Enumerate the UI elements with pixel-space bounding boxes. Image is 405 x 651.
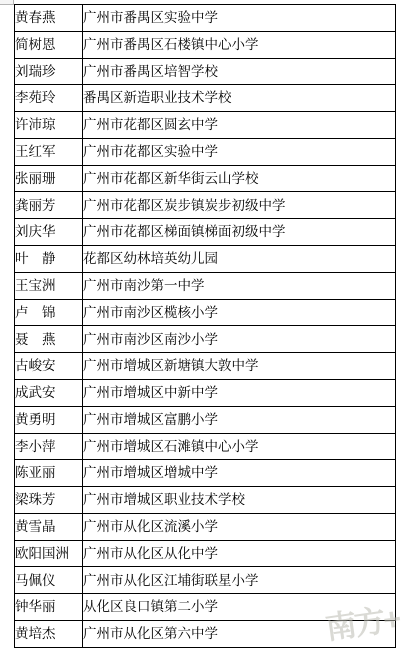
table-row: 成武安 广州市增城区中新中学 <box>15 379 396 406</box>
table-row: 陈亚丽 广州市增城区增城中学 <box>15 460 396 487</box>
school-cell: 广州市增城区中新中学 <box>83 379 396 406</box>
name-cell: 李小萍 <box>15 433 83 460</box>
table-row: 刘庆华 广州市花都区梯面镇梯面初级中学 <box>15 219 396 246</box>
name-cell: 钟华丽 <box>15 594 83 621</box>
name-cell: 马佩仪 <box>15 567 83 594</box>
name-cell: 王宝洲 <box>15 272 83 299</box>
table-row: 黄培杰 广州市从化区第六中学 <box>15 620 396 647</box>
school-cell: 广州市番禺区实验中学 <box>83 5 396 32</box>
school-cell: 花都区幼林培英幼儿园 <box>83 246 396 273</box>
school-cell: 广州市南沙第一中学 <box>83 272 396 299</box>
school-cell: 广州市花都区炭步镇炭步初级中学 <box>83 192 396 219</box>
school-cell: 广州市从化区流溪小学 <box>83 513 396 540</box>
school-cell: 广州市花都区梯面镇梯面初级中学 <box>83 219 396 246</box>
table-row: 简树恩 广州市番禺区石楼镇中心小学 <box>15 31 396 58</box>
table-row: 叶 静 花都区幼林培英幼儿园 <box>15 246 396 273</box>
school-cell: 广州市花都区新华街云山学校 <box>83 165 396 192</box>
name-cell: 许沛琼 <box>15 112 83 139</box>
name-cell: 梁珠芳 <box>15 487 83 514</box>
name-cell: 古峻安 <box>15 353 83 380</box>
name-cell: 黄勇明 <box>15 406 83 433</box>
name-cell: 刘瑞珍 <box>15 58 83 85</box>
name-cell: 黄培杰 <box>15 620 83 647</box>
school-cell: 广州市增城区增城中学 <box>83 460 396 487</box>
table-row: 王宝洲 广州市南沙第一中学 <box>15 272 396 299</box>
school-cell: 广州市增城区职业技术学校 <box>83 487 396 514</box>
table-row: 许沛琼 广州市花都区圆玄中学 <box>15 112 396 139</box>
name-cell: 黄雪晶 <box>15 513 83 540</box>
name-cell: 成武安 <box>15 379 83 406</box>
name-cell: 欧阳国洲 <box>15 540 83 567</box>
name-cell: 张丽珊 <box>15 165 83 192</box>
table-row: 卢 锦 广州市南沙区榄核小学 <box>15 299 396 326</box>
name-cell: 黄春燕 <box>15 5 83 32</box>
name-cell: 龚丽芳 <box>15 192 83 219</box>
school-cell: 广州市南沙区榄核小学 <box>83 299 396 326</box>
school-cell: 广州市从化区从化中学 <box>83 540 396 567</box>
school-cell: 番禺区新造职业技术学校 <box>83 85 396 112</box>
table-row: 李小萍 广州市增城区石滩镇中心小学 <box>15 433 396 460</box>
table-row: 王红军 广州市花都区实验中学 <box>15 138 396 165</box>
name-cell: 王红军 <box>15 138 83 165</box>
name-cell: 简树恩 <box>15 31 83 58</box>
school-cell: 广州市增城区新塘镇大敦中学 <box>83 353 396 380</box>
table-row: 马佩仪 广州市从化区江埔街联星小学 <box>15 567 396 594</box>
table-row: 古峻安 广州市增城区新塘镇大敦中学 <box>15 353 396 380</box>
school-cell: 广州市从化区第六中学 <box>83 620 396 647</box>
table-row: 黄雪晶 广州市从化区流溪小学 <box>15 513 396 540</box>
name-cell: 李苑玲 <box>15 85 83 112</box>
table-row: 钟华丽 从化区良口镇第二小学 <box>15 594 396 621</box>
name-cell: 叶 静 <box>15 246 83 273</box>
school-cell: 广州市花都区实验中学 <box>83 138 396 165</box>
table-row: 黄勇明 广州市增城区富鹏小学 <box>15 406 396 433</box>
school-cell: 从化区良口镇第二小学 <box>83 594 396 621</box>
name-cell: 卢 锦 <box>15 299 83 326</box>
school-cell: 广州市增城区石滩镇中心小学 <box>83 433 396 460</box>
table-row: 刘瑞珍 广州市番禺区培智学校 <box>15 58 396 85</box>
school-cell: 广州市番禺区石楼镇中心小学 <box>83 31 396 58</box>
school-cell: 广州市花都区圆玄中学 <box>83 112 396 139</box>
table-row: 李苑玲 番禺区新造职业技术学校 <box>15 85 396 112</box>
name-cell: 陈亚丽 <box>15 460 83 487</box>
school-cell: 广州市增城区富鹏小学 <box>83 406 396 433</box>
recipients-table-body: 黄春燕 广州市番禺区实验中学 简树恩 广州市番禺区石楼镇中心小学 刘瑞珍 广州市… <box>15 5 396 648</box>
table-row: 张丽珊 广州市花都区新华街云山学校 <box>15 165 396 192</box>
table-row: 黄春燕 广州市番禺区实验中学 <box>15 5 396 32</box>
recipients-table: 黄春燕 广州市番禺区实验中学 简树恩 广州市番禺区石楼镇中心小学 刘瑞珍 广州市… <box>14 4 396 648</box>
name-cell: 刘庆华 <box>15 219 83 246</box>
table-row: 龚丽芳 广州市花都区炭步镇炭步初级中学 <box>15 192 396 219</box>
table-row: 梁珠芳 广州市增城区职业技术学校 <box>15 487 396 514</box>
school-cell: 广州市从化区江埔街联星小学 <box>83 567 396 594</box>
school-cell: 广州市番禺区培智学校 <box>83 58 396 85</box>
name-cell: 聂 燕 <box>15 326 83 353</box>
corner-ui-fragment <box>0 0 14 5</box>
table-row: 聂 燕 广州市南沙区南沙小学 <box>15 326 396 353</box>
school-cell: 广州市南沙区南沙小学 <box>83 326 396 353</box>
table-row: 欧阳国洲 广州市从化区从化中学 <box>15 540 396 567</box>
